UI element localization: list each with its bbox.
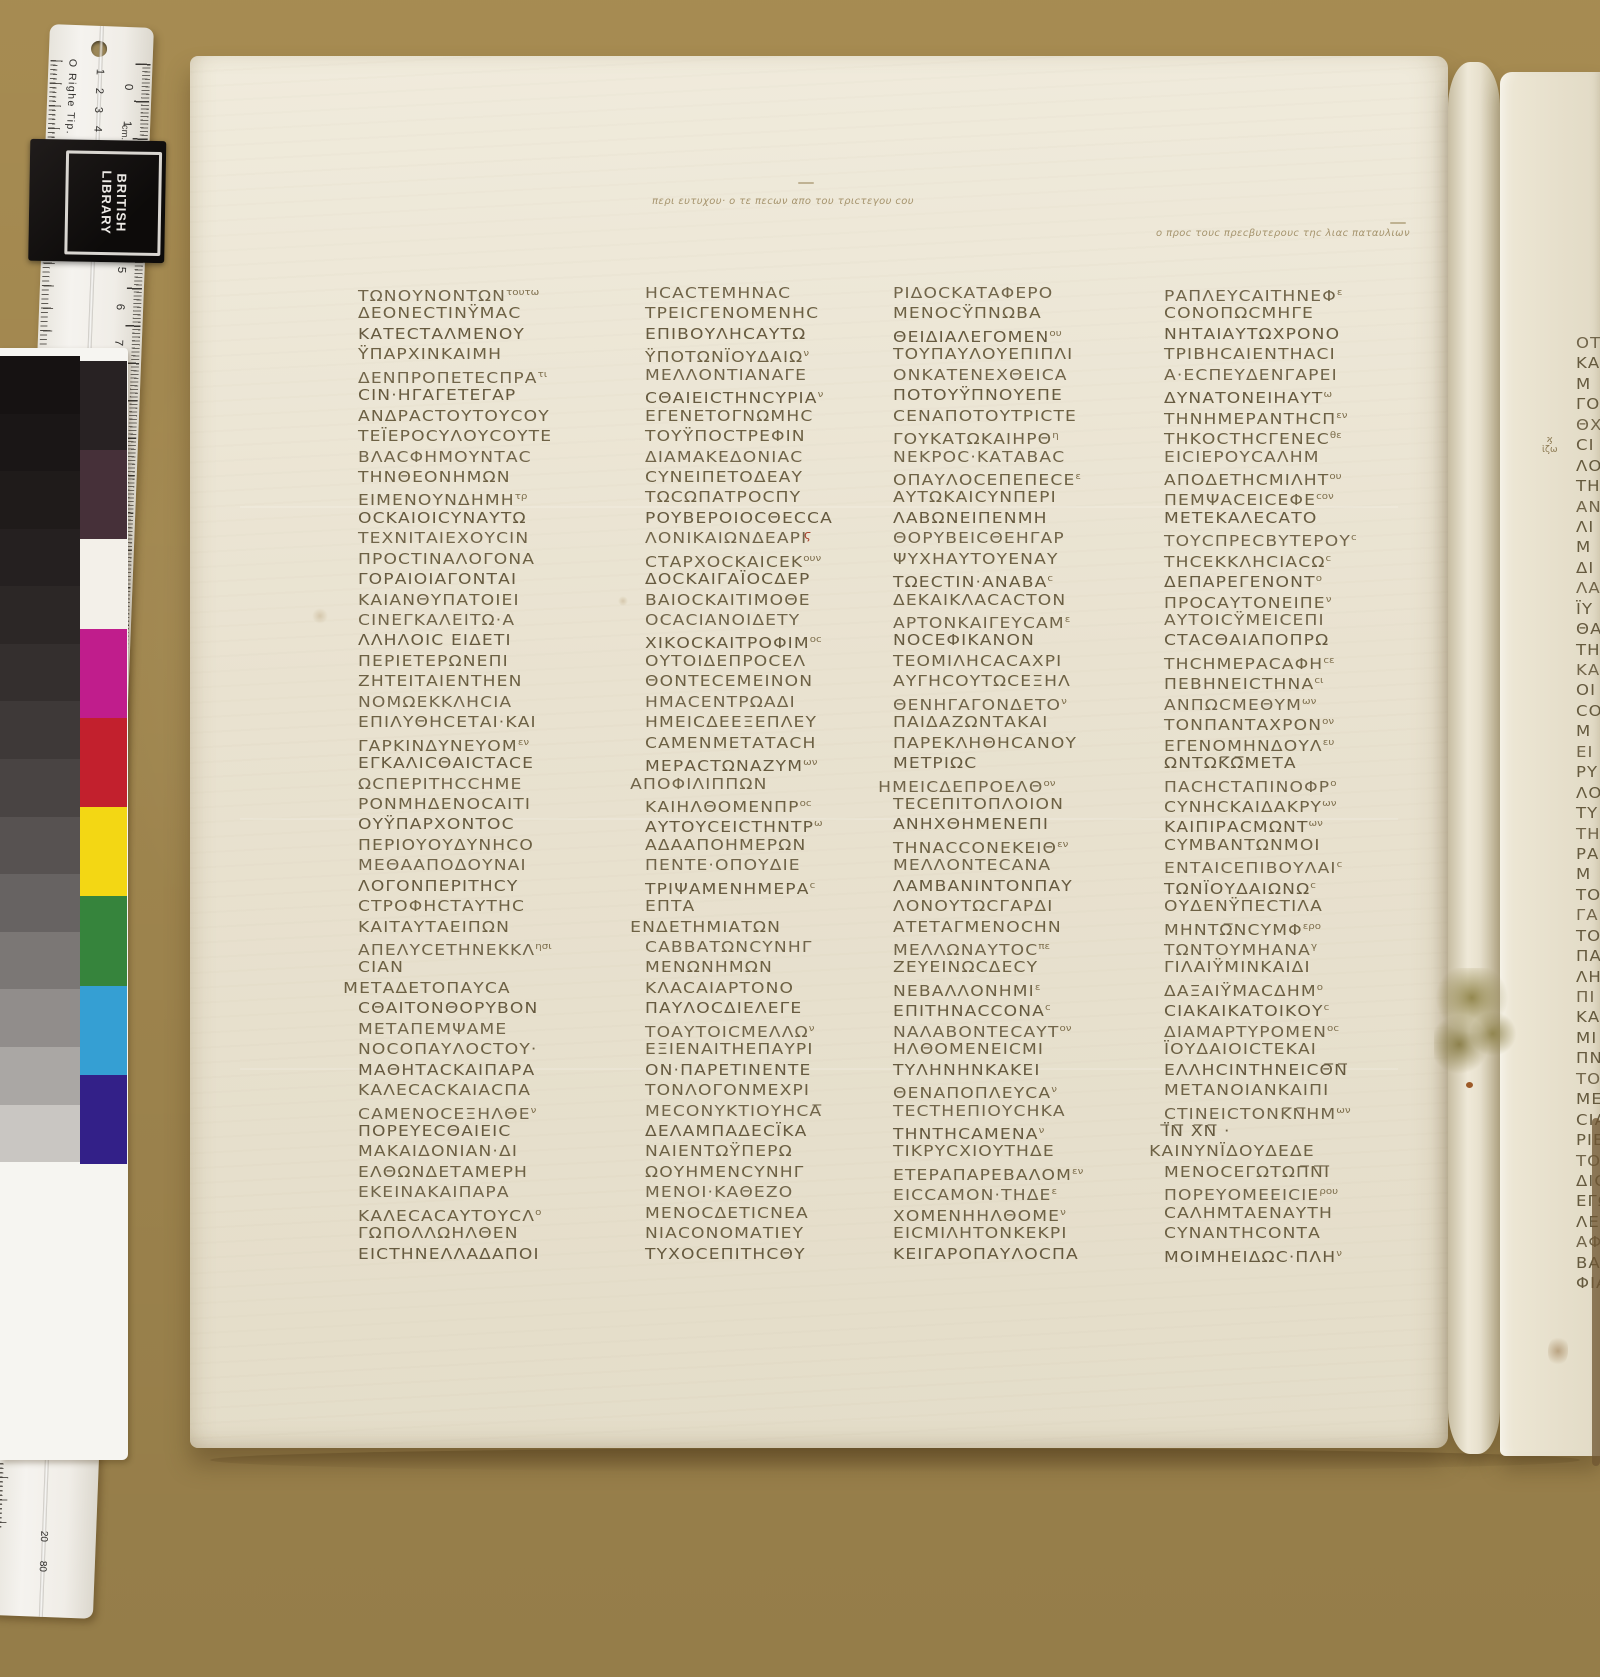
rust-spot — [1466, 1082, 1473, 1088]
line-text: ΫΠΑΡΧΙΝΚΑΙΜΗ — [358, 345, 502, 363]
correction-superscript: ευ — [1323, 738, 1334, 748]
manuscript-line: ΓΑΡΚΙΝΔΥΝΕΥΟΜεν — [358, 733, 629, 753]
color-swatch — [0, 1105, 80, 1163]
color-swatch — [80, 1075, 127, 1164]
manuscript-line: ΝΗΤΑΙΑΥΤΩΧΡΟΝΟ — [1164, 324, 1435, 344]
manuscript-line: ΕΚΕΙΝΑΚΑΙΠΑΡΑ — [358, 1182, 629, 1202]
tag-line: LIBRARY — [98, 171, 114, 236]
line-text: ΔΕΝΠΡΟΠΕΤΕCΠΡΑ — [358, 369, 538, 387]
manuscript-line: ΑΠΟΦΙΛΙΠΠΩΝ — [630, 774, 916, 794]
line-text: ΟCΚΑΙΟΙCΥΝΑΥΤΩ — [358, 509, 527, 527]
line-text: ΘΕΙΔΙΑΛΕΓΟΜΕΝ — [893, 328, 1049, 346]
line-text: ΗΜΕΙCΔΕΠΡΟΕΛΘ — [878, 778, 1043, 796]
manuscript-line: ΜΕΡΑCΤΩΝΑΖΥΜων — [645, 753, 916, 773]
line-text: ΡΟΥΒΕΡΟΙΟCΘΕCCΑ — [645, 509, 833, 527]
line-text: ΕΙCCΑΜΟΝ·ΤΗΔΕ — [893, 1186, 1051, 1204]
line-text: ΜΕΝΟCΫΠΝΩΒΑ — [893, 304, 1042, 322]
line-text: ΝΗΤΑΙΑΥΤΩΧΡΟΝΟ — [1164, 325, 1340, 343]
manuscript-line: CΘΑΙΤΟΝΘΟΡΥΒΟΝ — [358, 998, 629, 1018]
manuscript-line: CΤΙΝΕΙCΤΟΝΚ̅Ν̅ΗΜων — [1164, 1101, 1435, 1121]
correction-superscript: ουν — [803, 554, 821, 564]
manuscript-line: ΨΥΧΗΑΥΤΟΥΕΝΑΥ — [893, 549, 1164, 569]
manuscript-line: ΖΕΥΕΙΝΩCΔΕCΥ — [893, 957, 1164, 977]
correction-superscript: οϲ — [800, 799, 812, 809]
correction-superscript: ων — [1336, 1106, 1350, 1116]
manuscript-line: ΕΙCΤΗΝΕΛΛΑΔΑΠΟΙ — [358, 1244, 629, 1264]
manuscript-line: ΚΑΤΕCΤΑΛΜΕΝΟΥ — [358, 324, 629, 344]
correction-superscript: ϲον — [1316, 492, 1334, 502]
manuscript-line: ΜΕCΟΝΥΚΤΙΟΥΗCΑ̅ — [645, 1101, 916, 1121]
manuscript-line: ΜΕΛΛΩΝΑΥΤΟCπε — [893, 937, 1164, 957]
manuscript-line: ΚΑΙΝΥΝΪΔΟΥΔΕΔΕ — [1149, 1141, 1435, 1161]
correction-superscript: ων — [1322, 799, 1336, 809]
line-text: CΤΑΡΧΟCΚΑΙCΕΚ — [645, 553, 803, 571]
manuscript-line: ΛΟΝΟΥΤΩCΓΑΡΔΙ — [893, 896, 1164, 916]
manuscript-line: CΥΜΒΑΝΤΩΝΜΟΙ — [1164, 835, 1435, 855]
manuscript-line: ΖΗΤΕΙΤΑΙΕΝΤΗΕΝ — [358, 671, 629, 691]
manuscript-line: ΤΗ — [1576, 640, 1600, 660]
manuscript-line: ΤΩΝΤΟΥΜΗΑΝΑγ — [1164, 937, 1435, 957]
line-text: ΚΛΑCΑΙΑΡΤΟΝΟ — [645, 979, 794, 997]
manuscript-line: CΥΝΑΝΤΗCΟΝΤΑ — [1164, 1223, 1435, 1243]
manuscript-line: ΚΛΑCΑΙΑΡΤΟΝΟ — [645, 978, 916, 998]
line-text: ΛΟ — [1576, 784, 1600, 802]
manuscript-line: ΤΗCΗΜΕΡΑCΑΦΗϲε — [1164, 651, 1435, 671]
line-text: ΔΕΠΑΡΕΓΕΝΟΝΤ — [1164, 573, 1316, 591]
line-text: CΘΑΙΕΙCΤΗΝCΥΡΙΑ — [645, 389, 818, 407]
text-column-1: ΤΩΝΟΥΝΟΝΤΩΝτουτωΔΕΟΝΕCΤΙΝΫΜΑCΚΑΤΕCΤΑΛΜΕΝ… — [358, 283, 629, 1264]
correction-superscript: πε — [1038, 942, 1050, 952]
correction-superscript: ρου — [1319, 1187, 1338, 1197]
line-text: ΓΑΡΚΙΝΔΥΝΕΥΟΜ — [358, 737, 518, 755]
running-annotation-right: ο προϲ τουϲ πρεϲβυτερουϲ τηϲ λιαϲ παταυλ… — [1156, 228, 1410, 239]
correction-superscript: ησι — [535, 942, 551, 952]
line-text: ΠΑCΗCΤΑΠΙΝΟΦΡ — [1164, 778, 1330, 796]
line-text: CΥΝΗCΚΑΙΔΑΚΡΥ — [1164, 798, 1322, 816]
color-swatch — [0, 471, 80, 529]
manuscript-line: ΡΑ — [1576, 844, 1600, 864]
manuscript-line: ΧΙΚΟCΚΑΙΤΡΟΦΙΜοϲ — [645, 630, 916, 650]
manuscript-line: ΤΟ — [1576, 1069, 1600, 1089]
manuscript-line: ΘΕΝΗΓΑΓΟΝΔΕΤΟν — [893, 692, 1164, 712]
manuscript-line: CΙΝΕΓΚΑΛΕΙΤΩ·Α — [358, 610, 629, 630]
manuscript-line: ΤΥΧΟCΕΠΙΤΗCΘΥ — [645, 1244, 916, 1264]
line-text: ΓΙΛΑΙΫΜΙΝΚΑΙΔΙ — [1164, 958, 1311, 976]
manuscript-line: CΟΝΟΠΩCΜΗΓΕ — [1164, 303, 1435, 323]
line-text: ΨΥΧΗΑΥΤΟΥΕΝΑΥ — [893, 550, 1059, 568]
line-text: ΚΑ — [1576, 354, 1600, 372]
line-text: ΤΟ — [1576, 1070, 1600, 1088]
correction-superscript: ε — [1075, 472, 1081, 482]
line-text: ΑΤΕΤΑΓΜΕΝΟCΗΝ — [893, 918, 1062, 936]
manuscript-line: ΘΕΝΑΠΟΠΛΕΥCΑν — [893, 1080, 1164, 1100]
manuscript-line: ΛΟ — [1576, 456, 1600, 476]
manuscript-line: ΕΙCΙΕΡΟΥCΑΛΗΜ — [1164, 447, 1435, 467]
manuscript-line: ΤΗΝΗΜΕΡΑΝΤΗCΠεν — [1164, 406, 1435, 426]
manuscript-line: ΔΕΛΑΜΠΑΔΕCΪΚΑ — [645, 1121, 916, 1141]
line-text: ΔΥΝΑΤΟΝΕΙΗΑΥΤ — [1164, 389, 1323, 407]
line-text: ΛΑ — [1576, 579, 1600, 597]
ruler-number: 1 — [93, 64, 106, 79]
manuscript-line: ΛΑΜΒΑΝΙΝΤΟΝΠΑΥ — [893, 876, 1164, 896]
line-text: ΠΙ — [1576, 988, 1595, 1006]
manuscript-line: ΟΝΚΑΤΕΝΕΧΘΕΙCΑ — [893, 365, 1164, 385]
color-calibration-card — [0, 348, 128, 1460]
manuscript-line: ΘΟΝΤΕCΕΜΕΙΝΟΝ — [645, 671, 916, 691]
manuscript-line: ΗΛΘΟΜΕΝΕΙCΜΙ — [893, 1039, 1164, 1059]
manuscript-line: ΚΑ — [1576, 1007, 1600, 1027]
line-text: ΝΙΑCΟΝΟΜΑΤΙΕΥ — [645, 1224, 804, 1242]
manuscript-line: ΪΟΥΔΑΙΟΙCΤΕΚΑΙ — [1164, 1039, 1435, 1059]
manuscript-line: ΚΕΙΓΑΡΟΠΑΥΛΟCΠΑ — [893, 1244, 1164, 1264]
manuscript-line: ΜΕΤΑΝΟΙΑΝΚΑΙΠΙ — [1164, 1080, 1435, 1100]
manuscript-line: ΔΥΝΑΤΟΝΕΙΗΑΥΤω — [1164, 385, 1435, 405]
line-text: ΕΠΙΒΟΥΛΗCΑΥΤΩ — [645, 325, 806, 343]
correction-superscript: ω — [814, 819, 823, 829]
line-text: ΝΑΛΑΒΟΝΤΕCΑΥΤ — [893, 1023, 1059, 1041]
correction-superscript: θε — [1330, 431, 1342, 441]
manuscript-line: ΠΑ — [1576, 946, 1600, 966]
olive-stain — [1434, 968, 1518, 1074]
line-text: ΤΗΝΗΜΕΡΑΝΤΗCΠ — [1164, 410, 1336, 428]
correction-superscript: ϲ — [1337, 860, 1343, 870]
line-text: ΔΑΞΑΙΫΜΑCΔΗΜ — [1164, 982, 1317, 1000]
color-swatch — [0, 874, 80, 932]
line-text: ΤΕCΕΠΙΤΟΠΛΟΙΟΝ — [893, 795, 1064, 813]
line-text: ΜΕΤΑΝΟΙΑΝΚΑΙΠΙ — [1164, 1081, 1329, 1099]
manuscript-line: ΤΩCΩΠΑΤΡΟCΠΥ — [645, 487, 916, 507]
manuscript-line: ΟΝ·ΠΑΡΕΤΙΝΕΝΤΕ — [645, 1060, 916, 1080]
manuscript-line: ΛΑΒΩΝΕΙΠΕΝΜΗ — [893, 508, 1164, 528]
manuscript-line: ΤΟ — [1576, 885, 1600, 905]
manuscript-line: ΒΛΑCΦΗΜΟΥΝΤΑC — [358, 447, 629, 467]
manuscript-line: ΜΟΙΜΗΕΙΔΩC·ΠΛΗν — [1164, 1244, 1435, 1264]
line-text: ΚΑΛΕCΑCΑΥΤΟΥCΛ — [358, 1207, 535, 1225]
line-text: ΑΥΤΟΙCΫΜΕΙCΕΠΙ — [1164, 611, 1325, 629]
line-text: ΜΕΡΑCΤΩΝΑΖΥΜ — [645, 757, 803, 775]
manuscript-line: ΤΕCΤΗΕΠΙΟΥCΗΚΑ — [893, 1101, 1164, 1121]
running-annotation-left: περι ευτυχου· ο τε πεϲων απο του τριϲτεγ… — [652, 196, 914, 207]
manuscript-line: ΤΟ — [1576, 926, 1600, 946]
line-text: ΤΡΙΒΗCΑΙΕΝΤΗΑCΙ — [1164, 345, 1336, 363]
line-text: ΑΥΓΗCΟΥΤΩCΕΞΗΛ — [893, 672, 1071, 690]
line-text: ΤΟΑΥΤΟΙCΜΕΛΛΩ — [645, 1023, 809, 1041]
manuscript-line: ΔΙΑΜΑΚΕΔΟΝΙΑC — [645, 447, 916, 467]
line-text: ΚΑΛΕCΑCΚΑΙΑCΠΑ — [358, 1081, 531, 1099]
line-text: 4 — [91, 126, 103, 133]
manuscript-line: ΤΩΕCΤΙΝ·ΑΝΑΒΑϲ — [893, 569, 1164, 589]
line-text: ΤΗ — [1576, 477, 1600, 495]
manuscript-page: περι ευτυχου· ο τε πεϲων απο του τριϲτεγ… — [190, 56, 1448, 1448]
ruler-left-scale-top: 1234 — [90, 66, 108, 136]
line-text: Μ — [1576, 375, 1591, 393]
line-text: Μ — [1576, 538, 1591, 556]
line-text: ΪΟΥΔΑΙΟΙCΤΕΚΑΙ — [1164, 1040, 1317, 1058]
line-text: CΑΒΒΑΤΩΝCΥΝΗΓ — [645, 938, 812, 956]
manuscript-line: ΕΓΕΝΕΤΟΓΝΩΜΗC — [645, 406, 916, 426]
correction-superscript: ν — [1061, 697, 1067, 707]
manuscript-line: ΝΕΚΡΟC·ΚΑΤΑΒΑC — [893, 447, 1164, 467]
line-text: ΛΟΝΟΥΤΩCΓΑΡΔΙ — [893, 897, 1053, 915]
manuscript-line: ΧΟΜΕΝΗΗΛΘΟΜΕν — [893, 1203, 1164, 1223]
line-text: ΠΕΝΤΕ·ΟΠΟΥΔΙΕ — [645, 856, 801, 874]
manuscript-line: ΕΠΙΒΟΥΛΗCΑΥΤΩ — [645, 324, 916, 344]
line-text: CΙΑΚΑΙΚΑΤΟΙΚΟΥ — [1164, 1002, 1324, 1020]
line-text: ΠΟΡΕΥΟΜΕΕΙCΙΕ — [1164, 1186, 1319, 1204]
line-text: ΔΕΛΑΜΠΑΔΕCΪΚΑ — [645, 1122, 807, 1140]
color-swatch — [0, 356, 80, 414]
line-text: ΤΟΝΠΑΝΤΑΧΡΟΝ — [1164, 716, 1322, 734]
manuscript-line: ΠΝ — [1576, 1048, 1600, 1068]
line-text: CΕΝΑΠΟΤΟΥΤΡΙCΤΕ — [893, 407, 1077, 425]
manuscript-line: CΑΜΕΝΟCΕΞΗΛΘΕν — [358, 1101, 629, 1121]
manuscript-line: ΤΡΙΨΑΜΕΝΗΜΕΡΑϲ — [645, 876, 916, 896]
line-text: ΚΑΙΝΥΝΪΔΟΥΔΕΔΕ — [1149, 1142, 1315, 1160]
ruler-brand-label: O Righe Tip. 1 — [63, 59, 78, 148]
manuscript-line: ΕΛΘΩΝΔΕΤΑΜΕΡΗ — [358, 1162, 629, 1182]
correction-superscript: ων — [1302, 697, 1316, 707]
line-text: ΤΗ — [1576, 641, 1600, 659]
correction-superscript: ε — [1051, 1187, 1057, 1197]
line-text: ΛΟ — [1576, 457, 1600, 475]
line-text: ΕΙCΙΕΡΟΥCΑΛΗΜ — [1164, 448, 1320, 466]
line-text: ΛΛΗΛΟΙC ΕΙΔΕΤΙ — [358, 631, 512, 649]
line-text: ΠΕΡΙΕΤΕΡΩΝΕΠΙ — [358, 652, 509, 670]
manuscript-line: ΛΑ — [1576, 578, 1600, 598]
line-text: CΤΙΝΕΙCΤΟΝΚ̅Ν̅ΗΜ — [1164, 1105, 1336, 1123]
manuscript-line: CΕΝΑΠΟΤΟΥΤΡΙCΤΕ — [893, 406, 1164, 426]
manuscript-line: ΑΔΑΑΠΟΗΜΕΡΩΝ — [645, 835, 916, 855]
manuscript-line: CΥΝΕΙΠΕΤΟΔΕΑΥ — [645, 467, 916, 487]
line-text: ΤΥ — [1576, 804, 1598, 822]
correction-superscript: ε — [1337, 288, 1343, 298]
line-text: ΤΗCΕΚΚΛΗCΙΑCΩ — [1164, 553, 1326, 571]
manuscript-line: ΤΟΑΥΤΟΙCΜΕΛΛΩν — [645, 1019, 916, 1039]
ruler-number: 1 — [120, 116, 133, 131]
manuscript-line: ΑΥΤΩΚΑΙCΥΝΠΕΡΙ — [893, 487, 1164, 507]
line-text: ΤΩΕCΤΙΝ·ΑΝΑΒΑ — [893, 573, 1047, 591]
line-text: ΑΥΤΩΚΑΙCΥΝΠΕΡΙ — [893, 488, 1057, 506]
correction-superscript: οϲ — [1327, 1024, 1339, 1034]
manuscript-line: ΤΗΝΘΕΟΝΗΜΩΝ — [358, 467, 629, 487]
manuscript-line: ΓΑ — [1576, 905, 1600, 925]
line-text: ΤΙΚΡΥCΧΙΟΥΤΗΔΕ — [893, 1142, 1055, 1160]
color-swatch — [80, 629, 127, 718]
line-text: ΝΟCΕΦΙΚΑΝΟΝ — [893, 631, 1035, 649]
line-text: ΘΟΝΤΕCΕΜΕΙΝΟΝ — [645, 672, 813, 690]
manuscript-line: ΑΥΤΟΙCΫΜΕΙCΕΠΙ — [1164, 610, 1435, 630]
line-text: ΕΝΤΑΙCΕΠΙΒΟΥΛΑΙ — [1164, 859, 1337, 877]
manuscript-line: ΤΩΝΪΟΥΔΑΙΩΝΩϲ — [1164, 876, 1435, 896]
annotation-dash — [1390, 222, 1406, 224]
line-text: ΕΝΔΕΤΗΜΙΑΤΩΝ — [630, 918, 781, 936]
manuscript-line: ΕΝΤΑΙCΕΠΙΒΟΥΛΑΙϲ — [1164, 855, 1435, 875]
manuscript-line: ΝΟCΟΠΑΥΛΟCΤΟΥ· — [358, 1039, 629, 1059]
manuscript-line: ΚΑΛΕCΑCΑΥΤΟΥCΛο — [358, 1203, 629, 1223]
line-text: ΜΕΤΑΠΕΜΨΑΜΕ — [358, 1020, 507, 1038]
line-text: ΕΤΕΡΑΠΑΡΕΒΑΛΟΜ — [893, 1166, 1072, 1184]
manuscript-line: ΠΑCΗCΤΑΠΙΝΟΦΡο — [1164, 774, 1435, 794]
manuscript-line: ΜΕΤΑΠΕΜΨΑΜΕ — [358, 1019, 629, 1039]
manuscript-line: CΑΒΒΑΤΩΝCΥΝΗΓ — [645, 937, 916, 957]
correction-superscript: ϲ — [1047, 574, 1053, 584]
manuscript-line: ΕΙΜΕΝΟΥΝΔΗΜΗτρ — [358, 487, 629, 507]
manuscript-line: ΕΙ — [1576, 742, 1600, 762]
line-text: ΑΠΕΛΥCΕΤΗΝΕΚΚΛ — [358, 941, 535, 959]
ruler-number: 3 — [92, 102, 105, 117]
line-text: ΑΠΟΦΙΛΙΠΠΩΝ — [630, 775, 767, 793]
text-column-4: ΡΑΠΛΕΥCΑΙΤΗΝΕΦεCΟΝΟΠΩCΜΗΓΕΝΗΤΑΙΑΥΤΩΧΡΟΝΟ… — [1164, 283, 1435, 1264]
manuscript-line: ΤΟΥΫΠΟCΤΡΕΦΙΝ — [645, 426, 916, 446]
manuscript-line: ΤΟΥΠΑΥΛΟΥΕΠΙΠΛΙ — [893, 344, 1164, 364]
manuscript-line: ΩΟΥΗΜΕΝCΥΝΗΓ — [645, 1162, 916, 1182]
manuscript-line: ΕΙCCΑΜΟΝ·ΤΗΔΕε — [893, 1182, 1164, 1202]
line-text: ΕΙ — [1576, 743, 1593, 761]
manuscript-line: ΕΙCΜΙΛΗΤΟΝΚΕΚΡΙ — [893, 1223, 1164, 1243]
line-text: ΕΙCΜΙΛΗΤΟΝΚΕΚΡΙ — [893, 1224, 1068, 1242]
line-text: ΛΗ — [1576, 968, 1600, 986]
manuscript-line: ΗΜΕΙCΔΕΕΞΕΠΛΕΥ — [645, 712, 916, 732]
line-text: ΖΗΤΕΙΤΑΙΕΝΤΗΕΝ — [358, 672, 523, 690]
line-text: ΧΙΚΟCΚΑΙΤΡΟΦΙΜ — [645, 634, 810, 652]
manuscript-line: ΠΟΡΕΥΟΜΕΕΙCΙΕρου — [1164, 1182, 1435, 1202]
manuscript-line: ΚΑ — [1576, 660, 1600, 680]
manuscript-line: ΒΑΙΟCΚΑΙΤΙΜΟΘΕ — [645, 590, 916, 610]
line-text: ΑΝΗΧΘΗΜΕΝΕΠΙ — [893, 815, 1049, 833]
color-swatch — [0, 529, 80, 587]
manuscript-line: ΜΕΤΑΔΕΤΟΠΑΥCΑ — [343, 978, 629, 998]
manuscript-line: ΜΕΝΟΙ·ΚΑΘΕΖΟ — [645, 1182, 916, 1202]
color-swatch — [0, 701, 80, 759]
line-text: ΡΥ — [1576, 763, 1598, 781]
line-text: ΔΙΑΜΑΡΤΥΡΟΜΕΝ — [1164, 1023, 1327, 1041]
manuscript-line: ΩΝΤΩΚ̅Ω̅ΜΕΤΑ — [1164, 753, 1435, 773]
line-text: ΜΑΚΑΙΔΟΝΙΑΝ·ΔΙ — [358, 1142, 518, 1160]
line-text: ΚΑ — [1576, 661, 1600, 679]
color-swatch — [80, 539, 127, 628]
line-text: ΓΟΡΑΙΟΙΑΓΟΝΤΑΙ — [358, 570, 517, 588]
manuscript-line: ΛΗ — [1576, 967, 1600, 987]
manuscript-line: ΘΑ — [1576, 619, 1600, 639]
line-text: ΠΝ — [1576, 1049, 1600, 1067]
correction-superscript: εν — [1336, 411, 1347, 421]
manuscript-line: ΔΙΑΜΑΡΤΥΡΟΜΕΝοϲ — [1164, 1019, 1435, 1039]
line-text: ΚΑΙΠΙΡΑCΜΩΝΤ — [1164, 818, 1309, 836]
manuscript-line: ΔΕΚΑΙΚΛΑCΑCΤΟΝ — [893, 590, 1164, 610]
line-text: ΜΕΝΟCΔΕΤΙCΝΕΑ — [645, 1204, 809, 1222]
manuscript-line: ΜΕ — [1576, 1089, 1600, 1109]
line-text: ΕΠΤΑ — [645, 897, 695, 915]
line-text: 2 — [93, 88, 105, 95]
manuscript-line: CΟ — [1576, 701, 1600, 721]
line-text: ΟΤ — [1576, 334, 1600, 352]
line-text: ΖΕΥΕΙΝΩCΔΕCΥ — [893, 958, 1038, 976]
correction-superscript: ϲ — [1310, 881, 1316, 891]
manuscript-line: ΤΡΕΙCΓΕΝΟΜΕΝΗC — [645, 303, 916, 323]
manuscript-line: ΟΠΑΥΛΟCΕΠΕΠΕCΕε — [893, 467, 1164, 487]
manuscript-line: Α·ΕCΠΕΥΔΕΝΓΑΡΕΙ — [1164, 365, 1435, 385]
line-text: ΟΥΫΠΑΡΧΟΝΤΟC — [358, 815, 515, 833]
line-text: ΠΕΡΙΟΥΟΥΔΥΝΗCΟ — [358, 836, 534, 854]
manuscript-line: CΙΑΝ — [358, 957, 629, 977]
line-text: ΝΟΜΩΕΚΚΛΗCΙΑ — [358, 693, 512, 711]
line-text: ΤΩΝΟΥΝΟΝΤΩΝ — [358, 287, 506, 305]
manuscript-line: ΟCΑCΙΑΝΟΙΔΕΤΥ — [645, 610, 916, 630]
manuscript-line: ΜΕΝΟCΔΕΤΙCΝΕΑ — [645, 1203, 916, 1223]
line-text: ΠΡΟCΤΙΝΑΛΟΓΟΝΑ — [358, 550, 535, 568]
line-text: ΠΑΡΕΚΛΗΘΗCΑΝΟΥ — [893, 734, 1077, 752]
line-text: ΠΑΙΔΑΖΩΝΤΑΚΑΙ — [893, 713, 1049, 731]
color-calibration-strip — [80, 361, 127, 1164]
manuscript-line: ΠΕΡΙΟΥΟΥΔΥΝΗCΟ — [358, 835, 629, 855]
line-text: ΚΑΙΑΝΘΥΠΑΤΟΙΕΙ — [358, 591, 520, 609]
line-text: ΚΑΤΕCΤΑΛΜΕΝΟΥ — [358, 325, 525, 343]
line-text: ΜΕΛΛΟΝΤΕCΑΝΑ — [893, 856, 1051, 874]
line-text: ΚΑΙΤΑΥΤΑΕΙΠΩΝ — [358, 918, 510, 936]
line-text: ΟCΑCΙΑΝΟΙΔΕΤΥ — [645, 611, 800, 629]
correction-superscript: τρ — [515, 492, 528, 502]
color-swatch — [80, 896, 127, 985]
correction-superscript: ν — [809, 1024, 815, 1034]
line-text: ΤΩΝΪΟΥΔΑΙΩΝΩ — [1164, 880, 1310, 898]
line-text: ΕΛΘΩΝΔΕΤΑΜΕΡΗ — [358, 1163, 528, 1181]
correction-superscript: ν — [803, 349, 809, 359]
manuscript-line: ΫΠΟΤΩΝΪΟΥΔΑΙΩν — [645, 344, 916, 364]
line-text: ΑΠΟΔΕΤΗCΜΙΛΗΤ — [1164, 471, 1329, 489]
manuscript-line: ΤΕΧΝΙΤΑΙΕΧΟΥCΙΝ — [358, 528, 629, 548]
correction-superscript: ν — [1336, 1249, 1342, 1259]
line-text: ΚΑΙΗΛΘΟΜΕΝΠΡ — [645, 798, 800, 816]
manuscript-line: ΝΟCΕΦΙΚΑΝΟΝ — [893, 630, 1164, 650]
line-text: CΟΝΟΠΩCΜΗΓΕ — [1164, 304, 1314, 322]
line-text: ΟΥΤΟΙΔΕΠΡΟCΕΛ — [645, 652, 806, 670]
margin-mark-glyph: ϗ — [1542, 435, 1557, 445]
manuscript-line: ΓΩΠΟΛΛΩΗΛΘΕΝ — [358, 1223, 629, 1243]
manuscript-line: ΓΙΛΑΙΫΜΙΝΚΑΙΔΙ — [1164, 957, 1435, 977]
manuscript-line: ΜΕΘΑΑΠΟΔΟΥΝΑΙ — [358, 855, 629, 875]
line-text: ΛΟΓΟΝΠΕΡΙΤΗCΥ — [358, 877, 518, 895]
line-text: ΤΗ — [1576, 825, 1600, 843]
line-text: ΠΟΤΟΥΫΠΝΟΥΕΠΕ — [893, 386, 1063, 404]
correction-superscript: ο — [1316, 574, 1322, 584]
line-text: ΩΝΤΩΚ̅Ω̅ΜΕΤΑ — [1164, 754, 1297, 772]
line-text: 1 — [121, 120, 133, 127]
line-text: ΜΕΤΡΙΩC — [893, 754, 977, 772]
manuscript-line: ΠΡΟCΤΙΝΑΛΟΓΟΝΑ — [358, 549, 629, 569]
line-text: ΡΑΠΛΕΥCΑΙΤΗΝΕΦ — [1164, 287, 1337, 305]
manuscript-line: ΜΑΘΗΤΑCΚΑΙΠΑΡΑ — [358, 1060, 629, 1080]
manuscript-line: ΡΟΥΒΕΡΟΙΟCΘΕCCΑ — [645, 508, 916, 528]
line-text: Α·ΕCΠΕΥΔΕΝΓΑΡΕΙ — [1164, 366, 1338, 384]
line-text: 7 — [112, 340, 124, 347]
ruler-number: 0 — [122, 79, 135, 94]
correction-superscript: ϲ — [1326, 554, 1332, 564]
manuscript-line: CΙ — [1576, 435, 1600, 455]
correction-superscript: ω — [1323, 390, 1332, 400]
line-text: ΤΟΥCΠΡΕCΒΥΤΕΡΟΥ — [1164, 532, 1351, 550]
manuscript-line: ΤΗΝΑCCΟΝΕΚΕΙΘεν — [893, 835, 1164, 855]
manuscript-line: ΪΥ — [1576, 599, 1600, 619]
manuscript-line: ΤΥΛΗΝΗΝΚΑΚΕΙ — [893, 1060, 1164, 1080]
line-text: ΜΕΤΑΔΕΤΟΠΑΥCΑ — [343, 979, 511, 997]
manuscript-line: ΜΕΛΛΟΝΤΙΑΝΑΓΕ — [645, 365, 916, 385]
manuscript-line: CΤΑCΘΑΙΑΠΟΠΡΩ — [1164, 630, 1435, 650]
margin-mark-glyph: ἱζω — [1542, 445, 1557, 455]
line-text: ΤΥΛΗΝΗΝΚΑΚΕΙ — [893, 1061, 1041, 1079]
manuscript-line: ΝΑΛΑΒΟΝΤΕCΑΥΤον — [893, 1019, 1164, 1039]
line-text: CΘΑΙΤΟΝΘΟΡΥΒΟΝ — [358, 999, 538, 1017]
line-text: ΠΕΜΨΑCΕΙCΕΦΕ — [1164, 491, 1316, 509]
